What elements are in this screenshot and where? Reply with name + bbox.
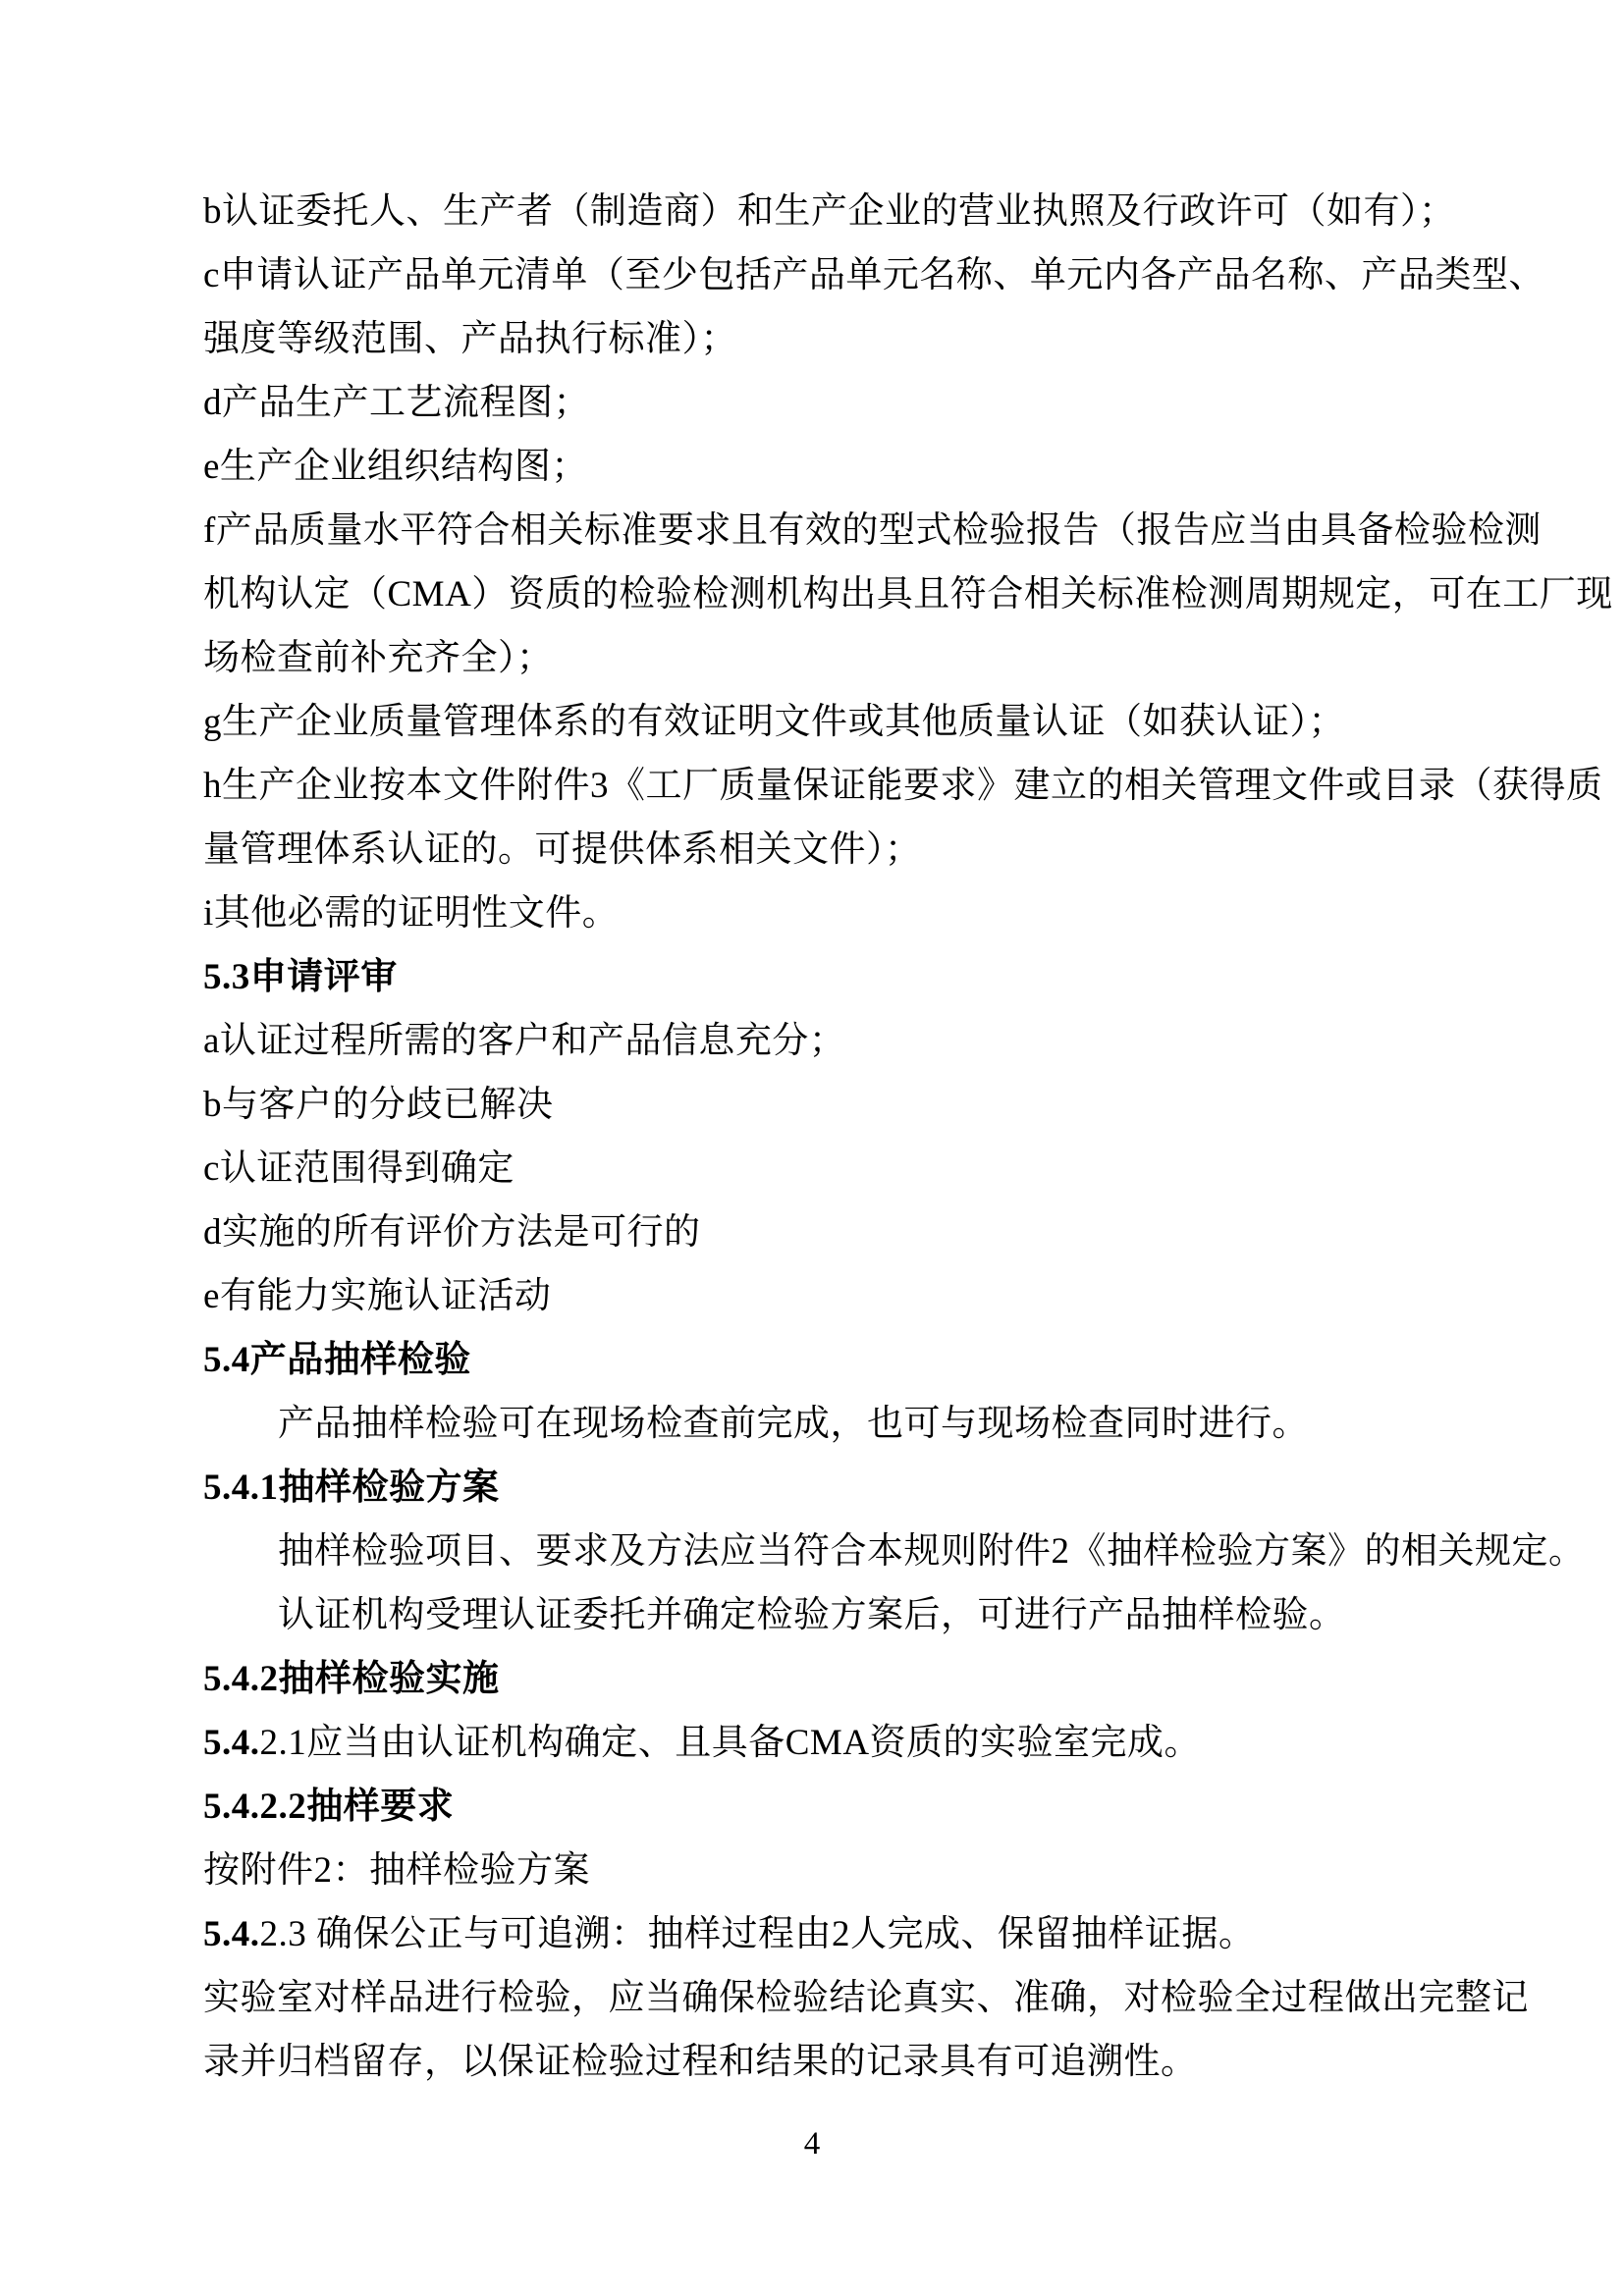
- text-line: 5.4.2抽样检验实施: [203, 1647, 1509, 1711]
- heading-text-segment: 5.4.: [203, 1723, 260, 1763]
- text-line: 5.4.2.1应当由认证机构确定、且具备CMA资质的实验室完成。: [203, 1711, 1509, 1775]
- text-line: 按附件2：抽样检验方案: [203, 1839, 1509, 1902]
- heading-text-segment: 5.4产品抽样检验: [203, 1340, 471, 1380]
- text-segment: d实施的所有评价方法是可行的: [203, 1212, 701, 1253]
- text-line: b认证委托人、生产者（制造商）和生产企业的营业执照及行政许可（如有）；: [203, 180, 1509, 243]
- text-segment: 认证机构受理认证委托并确定检验方案后，可进行产品抽样检验。: [278, 1595, 1346, 1635]
- text-segment: 场检查前补充齐全）；: [203, 638, 554, 678]
- heading-text-segment: 5.4.: [203, 1914, 260, 1954]
- text-segment: 2.3 确保公正与可追溯：抽样过程由2人完成、保留抽样证据。: [260, 1914, 1256, 1954]
- text-line: 实验室对样品进行检验，应当确保检验结论真实、准确，对检验全过程做出完整记: [203, 1966, 1509, 2030]
- text-segment: 抽样检验项目、要求及方法应当符合本规则附件2《抽样检验方案》的相关规定。: [278, 1531, 1586, 1572]
- document-page: b认证委托人、生产者（制造商）和生产企业的营业执照及行政许可（如有）；c申请认证…: [0, 0, 1624, 2296]
- text-segment: g生产企业质量管理体系的有效证明文件或其他质量认证（如获认证）；: [203, 702, 1345, 742]
- text-line: c申请认证产品单元清单（至少包括产品单元名称、单元内各产品名称、产品类型、: [203, 243, 1509, 307]
- text-segment: b认证委托人、生产者（制造商）和生产企业的营业执照及行政许可（如有）；: [203, 191, 1456, 232]
- text-line: 机构认定（CMA）资质的检验检测机构出具且符合相关标准检测周期规定，可在工厂现: [203, 562, 1509, 626]
- text-line: 场检查前补充齐全）；: [203, 626, 1509, 690]
- text-line: b与客户的分歧已解决: [203, 1073, 1509, 1137]
- text-line: 认证机构受理认证委托并确定检验方案后，可进行产品抽样检验。: [203, 1583, 1509, 1647]
- text-segment: h生产企业按本文件附件3《工厂质量保证能要求》建立的相关管理文件或目录（获得质: [203, 766, 1603, 806]
- text-segment: 2.1应当由认证机构确定、且具备CMA资质的实验室完成。: [260, 1723, 1202, 1763]
- text-segment: 强度等级范围、产品执行标准）；: [203, 319, 737, 359]
- text-line: e有能力实施认证活动: [203, 1264, 1509, 1328]
- text-line: a认证过程所需的客户和产品信息充分；: [203, 1009, 1509, 1073]
- text-line: 5.3申请评审: [203, 945, 1509, 1009]
- text-segment: f产品质量水平符合相关标准要求且有效的型式检验报告（报告应当由具备检验检测: [203, 510, 1542, 551]
- text-line: 量管理体系认证的。可提供体系相关文件）；: [203, 818, 1509, 881]
- text-line: 5.4.2.3 确保公正与可追溯：抽样过程由2人完成、保留抽样证据。: [203, 1902, 1509, 1966]
- page-number: 4: [0, 2122, 1624, 2165]
- text-line: c认证范围得到确定: [203, 1137, 1509, 1201]
- heading-text-segment: 5.4.2.2抽样要求: [203, 1787, 454, 1827]
- text-segment: 按附件2：抽样检验方案: [203, 1850, 590, 1891]
- page-body: b认证委托人、生产者（制造商）和生产企业的营业执照及行政许可（如有）；c申请认证…: [203, 180, 1509, 2094]
- text-line: 录并归档留存，以保证检验过程和结果的记录具有可追溯性。: [203, 2030, 1509, 2094]
- text-segment: c申请认证产品单元清单（至少包括产品单元名称、单元内各产品名称、产品类型、: [203, 255, 1545, 295]
- text-line: 5.4产品抽样检验: [203, 1328, 1509, 1392]
- text-segment: d产品生产工艺流程图；: [203, 383, 590, 423]
- text-segment: 机构认定（CMA）资质的检验检测机构出具且符合相关标准检测周期规定，可在工厂现: [203, 574, 1613, 614]
- text-segment: e有能力实施认证活动: [203, 1276, 551, 1316]
- text-segment: c认证范围得到确定: [203, 1148, 514, 1189]
- text-line: 强度等级范围、产品执行标准）；: [203, 307, 1509, 371]
- text-line: 抽样检验项目、要求及方法应当符合本规则附件2《抽样检验方案》的相关规定。: [203, 1520, 1509, 1583]
- text-line: i其他必需的证明性文件。: [203, 881, 1509, 945]
- text-segment: a认证过程所需的客户和产品信息充分；: [203, 1021, 845, 1061]
- text-line: d实施的所有评价方法是可行的: [203, 1201, 1509, 1264]
- text-line: e生产企业组织结构图；: [203, 435, 1509, 499]
- heading-text-segment: 5.4.1抽样检验方案: [203, 1468, 500, 1508]
- text-segment: e生产企业组织结构图；: [203, 447, 588, 487]
- text-segment: 录并归档留存，以保证检验过程和结果的记录具有可追溯性。: [203, 2042, 1198, 2082]
- text-line: 5.4.1抽样检验方案: [203, 1456, 1509, 1520]
- text-segment: 产品抽样检验可在现场检查前完成，也可与现场检查同时进行。: [278, 1404, 1309, 1444]
- text-segment: b与客户的分歧已解决: [203, 1085, 554, 1125]
- text-line: d产品生产工艺流程图；: [203, 371, 1509, 435]
- text-line: g生产企业质量管理体系的有效证明文件或其他质量认证（如获认证）；: [203, 690, 1509, 754]
- heading-text-segment: 5.3申请评审: [203, 957, 398, 997]
- text-segment: i其他必需的证明性文件。: [203, 893, 619, 934]
- heading-text-segment: 5.4.2抽样检验实施: [203, 1659, 500, 1699]
- text-line: 5.4.2.2抽样要求: [203, 1775, 1509, 1839]
- text-line: h生产企业按本文件附件3《工厂质量保证能要求》建立的相关管理文件或目录（获得质: [203, 754, 1509, 818]
- text-segment: 实验室对样品进行检验，应当确保检验结论真实、准确，对检验全过程做出完整记: [203, 1978, 1529, 2018]
- text-line: f产品质量水平符合相关标准要求且有效的型式检验报告（报告应当由具备检验检测: [203, 499, 1509, 562]
- text-line: 产品抽样检验可在现场检查前完成，也可与现场检查同时进行。: [203, 1392, 1509, 1456]
- text-segment: 量管理体系认证的。可提供体系相关文件）；: [203, 829, 922, 870]
